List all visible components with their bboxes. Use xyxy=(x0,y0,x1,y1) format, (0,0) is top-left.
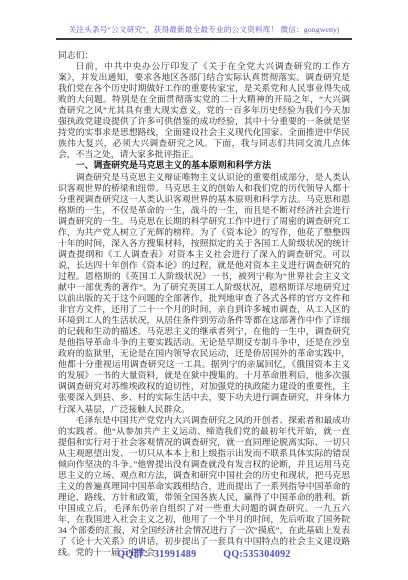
document-page: 关注头条号“公文研究”，获得最新最全最专业的公文资料库！ 微信：gongweny… xyxy=(0,0,408,580)
paragraph-mao: 毛泽东是中国共产党党内大兴调查研究之风的开创者、探索者和最成功的实践者。他“从参… xyxy=(58,415,350,559)
paragraph-marx-lenin: 调查研究是马克思主义辩证唯物主义认识论的重要组成部分，是人类认识客观世界的桥梁和… xyxy=(58,172,350,415)
paragraph-intro: 日前，中共中央办公厅印发了《关于在全党大兴调查研究的工作方案》，并发出通知，要求… xyxy=(58,61,350,160)
salutation: 同志们： xyxy=(58,50,350,61)
qq-number: QQ:535304092 xyxy=(223,549,291,560)
qq-group-number: QQ群：31991489 xyxy=(117,549,196,560)
page-header: 关注头条号“公文研究”，获得最新最全最专业的公文资料库！ 微信：gongweny… xyxy=(56,24,352,40)
document-body: 同志们： 日前，中共中央办公厅印发了《关于在全党大兴调查研究的工作方案》，并发出… xyxy=(58,50,350,558)
section-heading-1: 一、调查研究是马克思主义的基本原则和科学方法 xyxy=(58,160,350,171)
header-notice: 关注头条号“公文研究”，获得最新最全最专业的公文资料库！ 微信：gongweny… xyxy=(69,25,340,34)
page-footer: QQ群：31991489 QQ:535304092 xyxy=(0,545,408,560)
